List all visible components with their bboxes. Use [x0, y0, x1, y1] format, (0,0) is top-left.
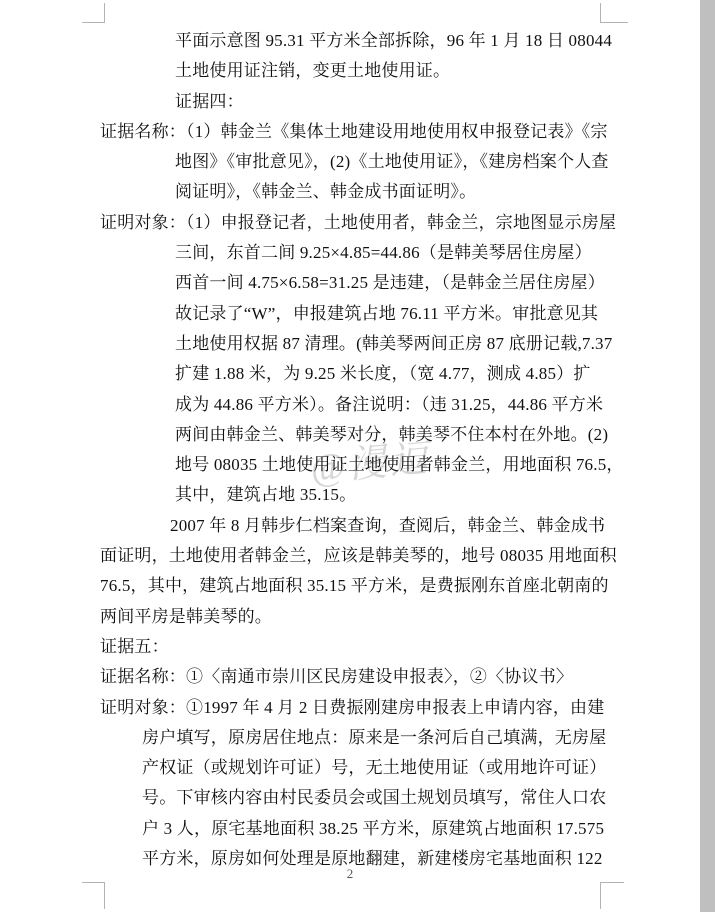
crop-mark-bottom-right	[600, 882, 624, 909]
crop-mark-bottom-left	[82, 882, 105, 909]
text-line: 证明对象：（1）申报登记者，土地使用者，韩金兰，宗地图显示房屋	[100, 208, 620, 238]
text-line: 房户填写，原房居住地点：原来是一条河后自己填满，无房屋	[100, 723, 620, 753]
text-line: 故记录了“W”，申报建筑占地 76.11 平方米。审批意见其	[100, 299, 620, 329]
text-line: 证据五：	[100, 632, 620, 662]
text-line: 证据名称：①〈南通市崇川区民房建设申报表〉，②〈协议书〉	[100, 662, 620, 692]
text-line: 证明对象：①1997 年 4 月 2 日费振刚建房申报表上申请内容，由建	[100, 693, 620, 723]
text-line: 地图》《审批意见》，(2)《土地使用证》，《建房档案个人查	[100, 147, 620, 177]
text-line: 三间，东首二间 9.25×4.85=44.86（是韩美琴居住房屋）	[100, 238, 620, 268]
text-line: 两间由韩金兰、韩美琴对分，韩美琴不住本村在外地。(2)	[100, 420, 620, 450]
text-line: 扩建 1.88 米，为 9.25 米长度，（宽 4.77，测成 4.85）扩	[100, 359, 620, 389]
crop-mark-top-left	[82, 3, 105, 23]
text-line: 其中，建筑占地 35.15。	[100, 480, 620, 510]
text-line: 平面示意图 95.31 平方米全部拆除，96 年 1 月 18 日 08044	[100, 26, 620, 56]
text-line: 面证明，土地使用者韩金兰，应该是韩美琴的，地号 08035 用地面积	[100, 541, 620, 571]
text-line: 产权证（或规划许可证）号，无土地使用证（或用地许可证）	[100, 753, 620, 783]
text-line: 76.5，其中，建筑占地面积 35.15 平方米，是费振刚东首座北朝南的	[100, 571, 620, 601]
text-line: 号。下审核内容由村民委员会或国土规划员填写，常住人口农	[100, 783, 620, 813]
text-line: 证据四：	[100, 87, 620, 117]
text-line: 户 3 人，原宅基地面积 38.25 平方米，原建筑占地面积 17.575	[100, 814, 620, 844]
window-background-strip	[700, 0, 715, 912]
text-line: 成为 44.86 平方米）。备注说明：（违 31.25，44.86 平方米	[100, 390, 620, 420]
text-line: 证据名称：（1）韩金兰《集体土地建设用地使用权申报登记表》《宗	[100, 117, 620, 147]
text-line: 土地使用证注销，变更土地使用证。	[100, 56, 620, 86]
text-line: 阅证明》，《韩金兰、韩金成书面证明》。	[100, 177, 620, 207]
text-line: 2007 年 8 月韩步仁档案查询，查阅后，韩金兰、韩金成书	[100, 511, 620, 541]
crop-mark-top-right	[600, 3, 628, 23]
text-line: 西首一间 4.75×6.58=31.25 是违建，（是韩金兰居住房屋）	[100, 268, 620, 298]
text-line: 土地使用权据 87 清理。(韩美琴两间正房 87 底册记载,7.37	[100, 329, 620, 359]
text-line: 地号 08035 土地使用证土地使用者韩金兰，用地面积 76.5，	[100, 450, 620, 480]
document-text: 平面示意图 95.31 平方米全部拆除，96 年 1 月 18 日 08044土…	[100, 26, 620, 874]
text-line: 两间平房是韩美琴的。	[100, 602, 620, 632]
page-number: 2	[0, 866, 700, 882]
document-page: { "document": { "page_number": "2", "wat…	[0, 0, 715, 912]
